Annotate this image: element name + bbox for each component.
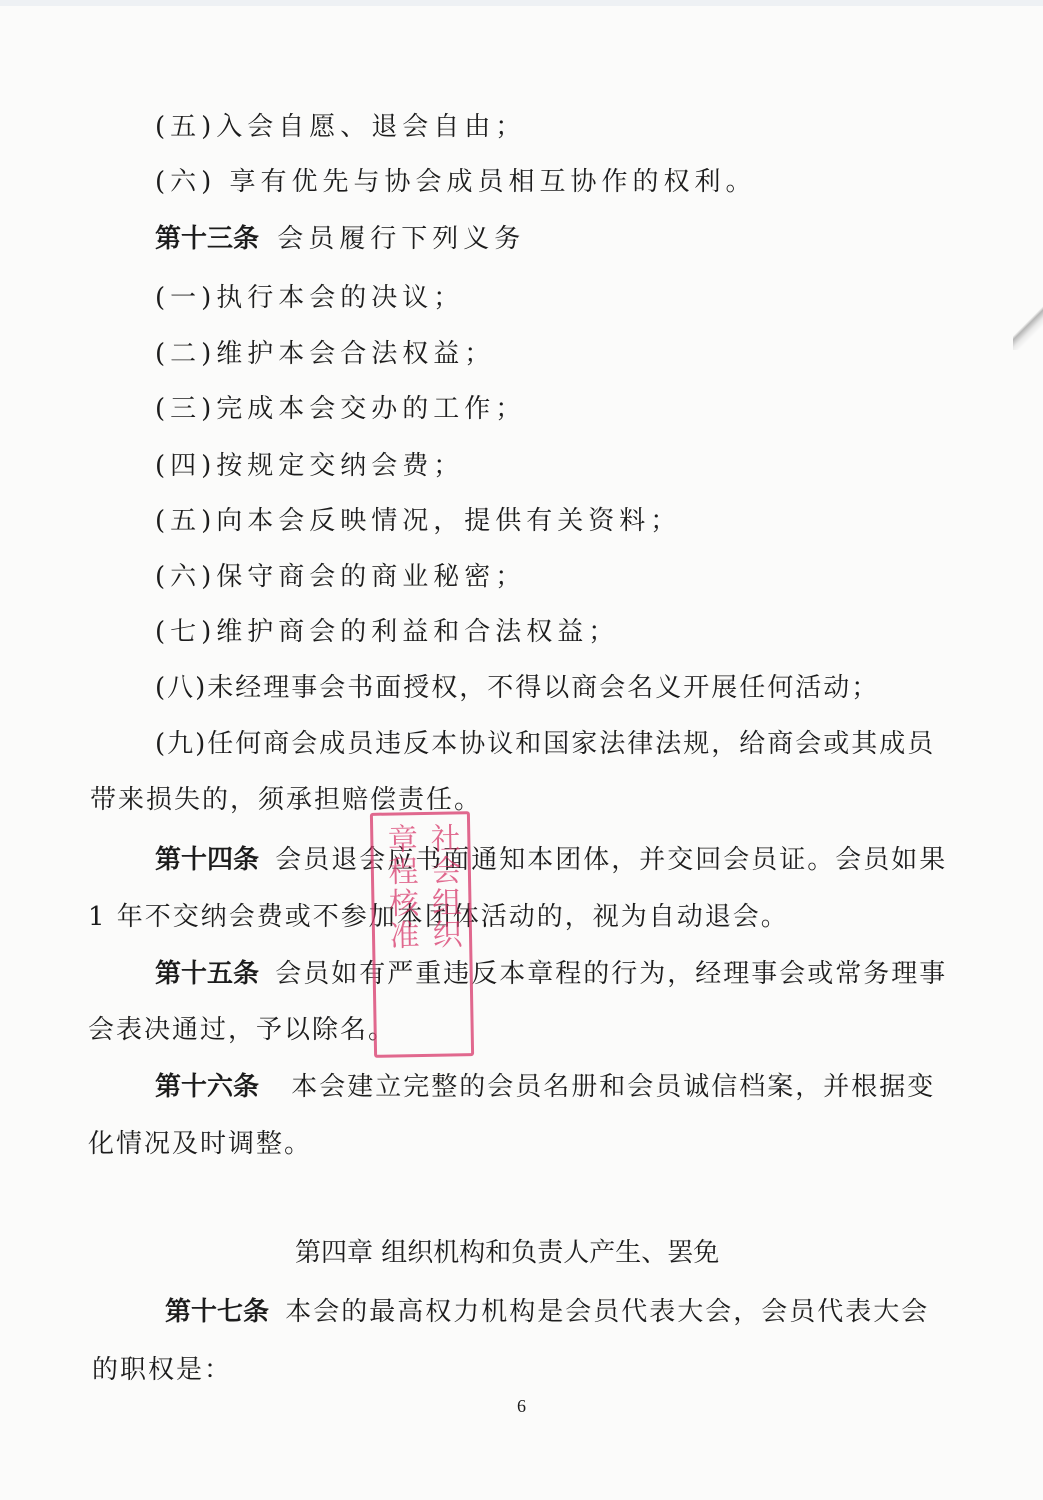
duty-item-7: (七)维护商会的利益和合法权益； [155,617,619,647]
article-13-text: 会员履行下列义务 [277,224,525,254]
approval-stamp: 社会组织 章程核准 [370,811,474,1058]
duty-item-8: (八)未经理事会书面授权，不得以商会名义开展任何活动； [155,673,879,703]
duty-item-2: (二)维护本会合法权益； [155,339,495,369]
article-17-text: 本会的最高权力机构是会员代表大会，会员代表大会 [285,1297,929,1327]
article-17-line1: 第十七条 本会的最高权力机构是会员代表大会，会员代表大会 [165,1297,929,1327]
chapter-4-title: 第四章 组织机构和负责人产生、罢免 [295,1238,719,1268]
article-15-line2: 会表决通过，予以除名。 [88,1015,396,1045]
article-15-label: 第十五条 [155,959,259,989]
duty-item-4: (四)按规定交纳会费； [155,451,464,481]
duty-item-5: (五)向本会反映情况，提供有关资料； [155,506,681,536]
article-13-label: 第十三条 [155,224,259,254]
article-13: 第十三条 会员履行下列义务 [155,224,525,254]
duty-item-6: (六)保守商会的商业秘密； [155,562,526,592]
scan-edge [0,0,1043,6]
duty-item-3: (三)完成本会交办的工作； [155,394,526,424]
article-15-line1: 第十五条 会员如有严重违反本章程的行为，经理事会或常务理事 [155,959,947,989]
article-14-label: 第十四条 [155,845,259,875]
article-17-line2: 的职权是： [92,1355,232,1385]
document-page: (五)入会自愿、退会自由； (六) 享有优先与协会成员相互协作的权利。 第十三条… [0,0,1043,1500]
duty-item-1: (一)执行本会的决议； [155,283,464,313]
article-16-line1: 第十六条 本会建立完整的会员名册和会员诚信档案，并根据变 [155,1072,935,1102]
page-number: 6 [517,1396,526,1417]
article-16-label: 第十六条 [155,1072,259,1102]
stamp-text-left: 章程核准 [380,823,422,1047]
article-16-line2: 化情况及时调整。 [88,1129,312,1159]
article-14-line1: 第十四条 会员退会应书面通知本团体，并交回会员证。会员如果 [155,845,947,875]
scan-edge-artifact [1013,300,1043,350]
article-17-label: 第十七条 [165,1297,269,1327]
duty-item-9-line1: (九)任何商会成员违反本协议和国家法律法规，给商会或其成员 [155,729,935,759]
duty-item-9-line2: 带来损失的，须承担赔偿责任。 [90,785,482,815]
stamp-text-right: 社会组织 [423,822,465,1046]
rights-item-5: (五)入会自愿、退会自由； [155,112,526,142]
article-16-text: 本会建立完整的会员名册和会员诚信档案，并根据变 [291,1072,935,1102]
rights-item-6: (六) 享有优先与协会成员相互协作的权利。 [155,167,757,197]
